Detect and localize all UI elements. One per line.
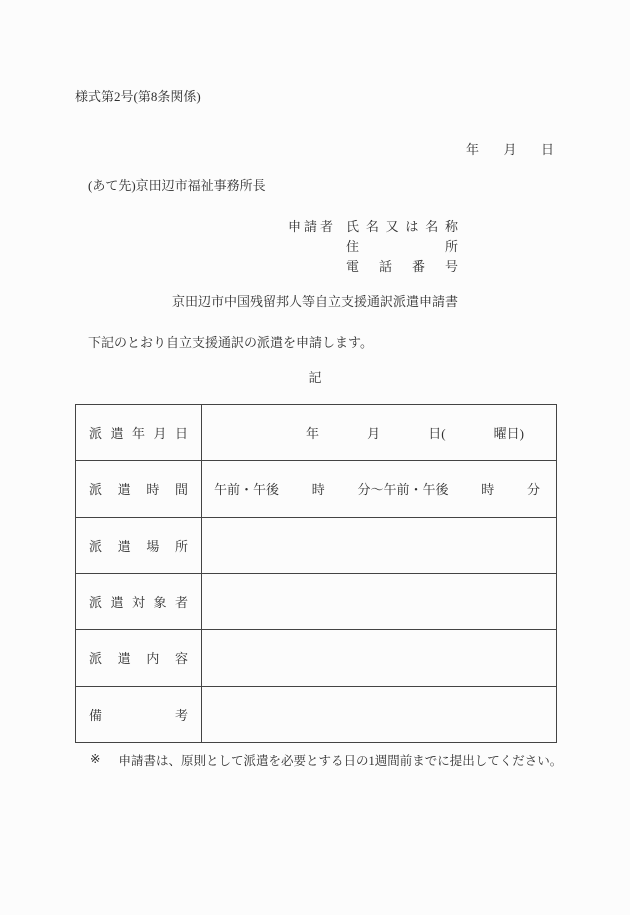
- date-month-label: 月: [503, 139, 516, 158]
- ki-heading: 記: [0, 367, 630, 386]
- date-day-label: 日: [541, 139, 554, 158]
- note-marker: ※: [90, 751, 100, 769]
- table-row-dispatch-date: 派遣年月日 年 月 日( 曜日): [76, 405, 557, 461]
- document-title: 京田辺市中国残留邦人等自立支援通訳派遣申請書: [0, 291, 630, 310]
- row-label-dispatch-time: 派遣時間: [76, 461, 202, 517]
- date-line: 年 月 日: [466, 139, 554, 158]
- intro-text: 下記のとおり自立支援通訳の派遣を申請します。: [88, 332, 373, 351]
- hour-start-label: 時: [312, 479, 325, 498]
- dispatch-content-value-cell: [202, 630, 557, 686]
- remarks-value-cell: [202, 686, 557, 742]
- addressee: (あて先)京田辺市福祉事務所長: [88, 175, 266, 194]
- dispatch-date-value-cell: 年 月 日( 曜日): [202, 405, 557, 461]
- table-row-dispatch-content: 派遣内容: [76, 630, 557, 686]
- hour-end-label: 時: [481, 479, 494, 498]
- day-open-paren-label: 日(: [428, 423, 445, 442]
- weekday-close-paren-label: 曜日): [494, 423, 524, 442]
- year-label: 年: [306, 423, 319, 442]
- table-row-dispatch-place: 派遣場所: [76, 517, 557, 573]
- dispatch-target-value-cell: [202, 573, 557, 629]
- table-row-dispatch-time: 派遣時間 午前・午後 時 分～午前・午後 時 分: [76, 461, 557, 517]
- date-year-label: 年: [466, 139, 479, 158]
- month-label: 月: [367, 423, 380, 442]
- dispatch-time-template: 午前・午後 時 分～午前・午後 時 分: [202, 479, 556, 498]
- applicant-phone-field-label: 電話番号: [346, 257, 458, 277]
- application-table: 派遣年月日 年 月 日( 曜日) 派遣時間 午前・午後 時 分～午前・午後 時 …: [75, 404, 557, 743]
- applicant-name-field-label: 氏名又は名称: [346, 217, 458, 237]
- minute-tilde-ampm-label: 分～午前・午後: [357, 479, 448, 498]
- applicant-block: 申請者 氏名又は名称 住所 電話番号: [288, 217, 458, 277]
- table-row-dispatch-target: 派遣対象者: [76, 573, 557, 629]
- dispatch-date-template: 年 月 日( 曜日): [306, 423, 524, 442]
- form-number: 様式第2号(第8条関係): [75, 86, 201, 105]
- row-label-dispatch-place: 派遣場所: [76, 517, 202, 573]
- ampm-start-label: 午前・午後: [214, 479, 279, 498]
- table-row-remarks: 備考: [76, 686, 557, 742]
- row-label-dispatch-date: 派遣年月日: [76, 405, 202, 461]
- applicant-label: 申請者: [288, 217, 336, 237]
- row-label-remarks: 備考: [76, 686, 202, 742]
- applicant-fields: 氏名又は名称 住所 電話番号: [346, 217, 458, 277]
- row-label-dispatch-content: 派遣内容: [76, 630, 202, 686]
- row-label-dispatch-target: 派遣対象者: [76, 573, 202, 629]
- minute-end-label: 分: [527, 479, 540, 498]
- application-form-page: 様式第2号(第8条関係) 年 月 日 (あて先)京田辺市福祉事務所長 申請者 氏…: [0, 0, 630, 915]
- applicant-address-field-label: 住所: [346, 237, 458, 257]
- dispatch-place-value-cell: [202, 517, 557, 573]
- note-text: 申請書は、原則として派遣を必要とする日の1週間前までに提出してください。: [118, 751, 562, 769]
- footnote: ※ 申請書は、原則として派遣を必要とする日の1週間前までに提出してください。: [90, 751, 562, 769]
- dispatch-time-value-cell: 午前・午後 時 分～午前・午後 時 分: [202, 461, 557, 517]
